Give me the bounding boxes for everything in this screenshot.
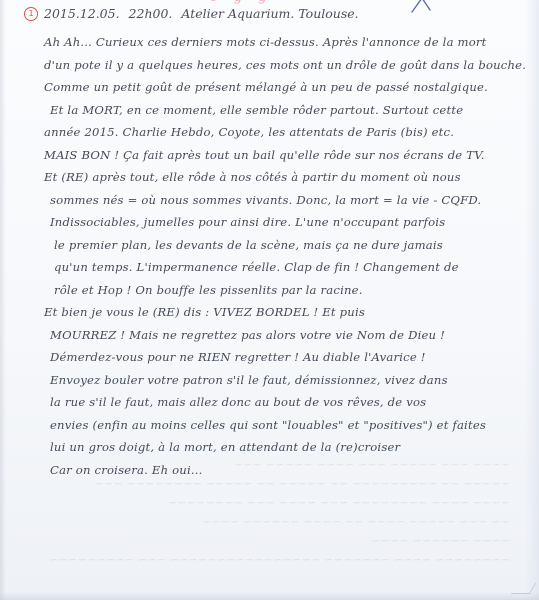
body-line: année 2015. Charlie Hebdo, Coyote, les a… — [44, 121, 514, 144]
bleed-line: ~~~~~ ~~ ~~~~~~~~~ ~~ ~~~~~ ~~ ~~~~~ ~~~… — [40, 474, 510, 493]
entry-header: 1 2015.12.05. 22h00. Atelier Aquarium. T… — [24, 6, 359, 21]
scanned-journal-page: e g g 1 2015.12.05. 22h00. Atelier Aquar… — [0, 0, 539, 600]
body-line: qu'un temps. L'impermanence réelle. Clap… — [44, 256, 514, 279]
body-line: sommes nés = où nous sommes vivants. Don… — [44, 189, 514, 212]
red-ink-fragment: e g g — [210, 0, 330, 4]
body-line: MAIS BON ! Ça fait après tout un bail qu… — [44, 144, 514, 167]
body-line: Comme un petit goût de présent mélangé à… — [44, 76, 514, 99]
bleed-line: ~~ ~~~ ~~~~~ ~~~~ ~~ ~~~~ ~~~~~~ ~~~~ — [40, 512, 510, 531]
bleed-line: ~~~~~~~~ ~~~~ ~~~~~~~ ~~~~~~~~~~~~~~~~ ~… — [40, 550, 510, 569]
entry-date: 2015.12.05. — [44, 6, 120, 21]
body-line: rôle et Hop ! On bouffe les pissenlits p… — [44, 279, 514, 302]
page-right-edge — [525, 0, 539, 600]
body-line: Démerdez-vous pour ne RIEN regretter ! A… — [44, 346, 514, 369]
body-line: Ah Ah... Curieux ces derniers mots ci-de… — [44, 31, 514, 54]
body-line: Envoyez bouler votre patron s'il le faut… — [44, 369, 514, 392]
body-line: MOURREZ ! Mais ne regrettez pas alors vo… — [44, 324, 514, 347]
bleed-line: ~~~~ ~~~ ~~~~~ ~~~ ~~~~ ~~~~~ ~~~ — [40, 455, 510, 474]
entry-number-circle: 1 — [24, 7, 38, 21]
body-line: Indissociables, jumelles pour ainsi dire… — [44, 211, 514, 234]
journal-body: Ah Ah... Curieux ces derniers mots ci-de… — [44, 31, 514, 481]
reverse-side-bleed-through: ~~~~ ~~~ ~~~~~ ~~~ ~~~~ ~~~~~ ~~~ ~~~~~ … — [40, 455, 510, 569]
body-line: le premier plan, les devants de la scène… — [44, 234, 514, 257]
body-line: Et la MORT, en ce moment, elle semble rô… — [44, 99, 514, 122]
bleed-line: ~~~~ ~~~~~~ ~~~~ — [40, 531, 510, 550]
body-line: Et (RE) après tout, elle rôde à nos côté… — [44, 166, 514, 189]
scan-left-shadow — [0, 0, 6, 600]
body-line: envies (enfin au moins celles qui sont "… — [44, 414, 514, 437]
body-line: d'un pote il y a quelques heures, ces mo… — [44, 54, 514, 77]
entry-place: Atelier Aquarium. Toulouse. — [181, 6, 358, 21]
blue-ink-mark-icon — [408, 0, 438, 14]
page-bottom-edge — [0, 592, 539, 600]
entry-time: 22h00. — [129, 6, 173, 21]
body-line: Et bien je vous le (RE) dis : VIVEZ BORD… — [44, 301, 514, 324]
body-line: la rue s'il le faut, mais allez donc au … — [44, 391, 514, 414]
bleed-line: ~~~~ ~~~~ ~~~~~~~~ ~~~ ~~~~ ~~~ ~~~~~~~~ — [40, 493, 510, 512]
